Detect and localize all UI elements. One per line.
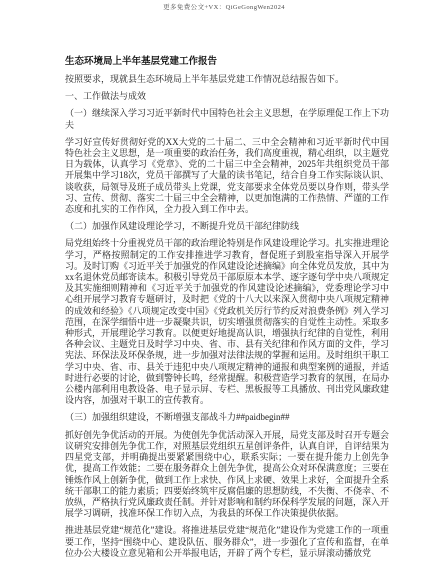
paragraph-3: 抓好创先争优活动的开展。为使创先争优活动深入开展，局党支部及时召开专题会议研究安… xyxy=(65,430,389,520)
section-1-heading: 一、工作做法与成效 xyxy=(65,91,389,102)
paragraph-2: 局党组始终十分重视党员干部的政治理论特别是作风建设理论学习。扎实推进理论学习，严… xyxy=(65,238,389,406)
subsection-1-heading: （一）继续深入学习习近平新时代中国特色社会主义思想，在学原理促工作上下功夫 xyxy=(65,108,389,130)
paragraph-1: 学习好宣传好贯彻好党的XX大党的二十届二、三中全会精神和习近平新时代中国特色社会… xyxy=(65,137,389,215)
document-content: 生态环境局上半年基层党建工作报告 按照要求，现就县生态环境局上半年基层党建工作情… xyxy=(0,0,448,559)
document-page: 更多免费公文+VX：QiGeGongWen2024 生态环境局上半年基层党建工作… xyxy=(0,0,448,580)
paragraph-4: 推进基层党建“规范化”建设。将推进基层党建“规范化”建设作为党建工作的一项重要工… xyxy=(65,525,389,559)
watermark-text: 更多免费公文+VX：QiGeGongWen2024 xyxy=(0,3,448,12)
subsection-2-heading: （二）加强作风建设理论学习，不断提升党员干部纪律防线 xyxy=(65,221,389,232)
intro-paragraph: 按照要求，现就县生态环境局上半年基层党建工作情况总结报告如下。 xyxy=(65,74,389,85)
doc-title: 生态环境局上半年基层党建工作报告 xyxy=(65,56,389,68)
subsection-3-heading: （三）加强组织建设，不断增强支部战斗力##paidbegin## xyxy=(65,412,389,423)
